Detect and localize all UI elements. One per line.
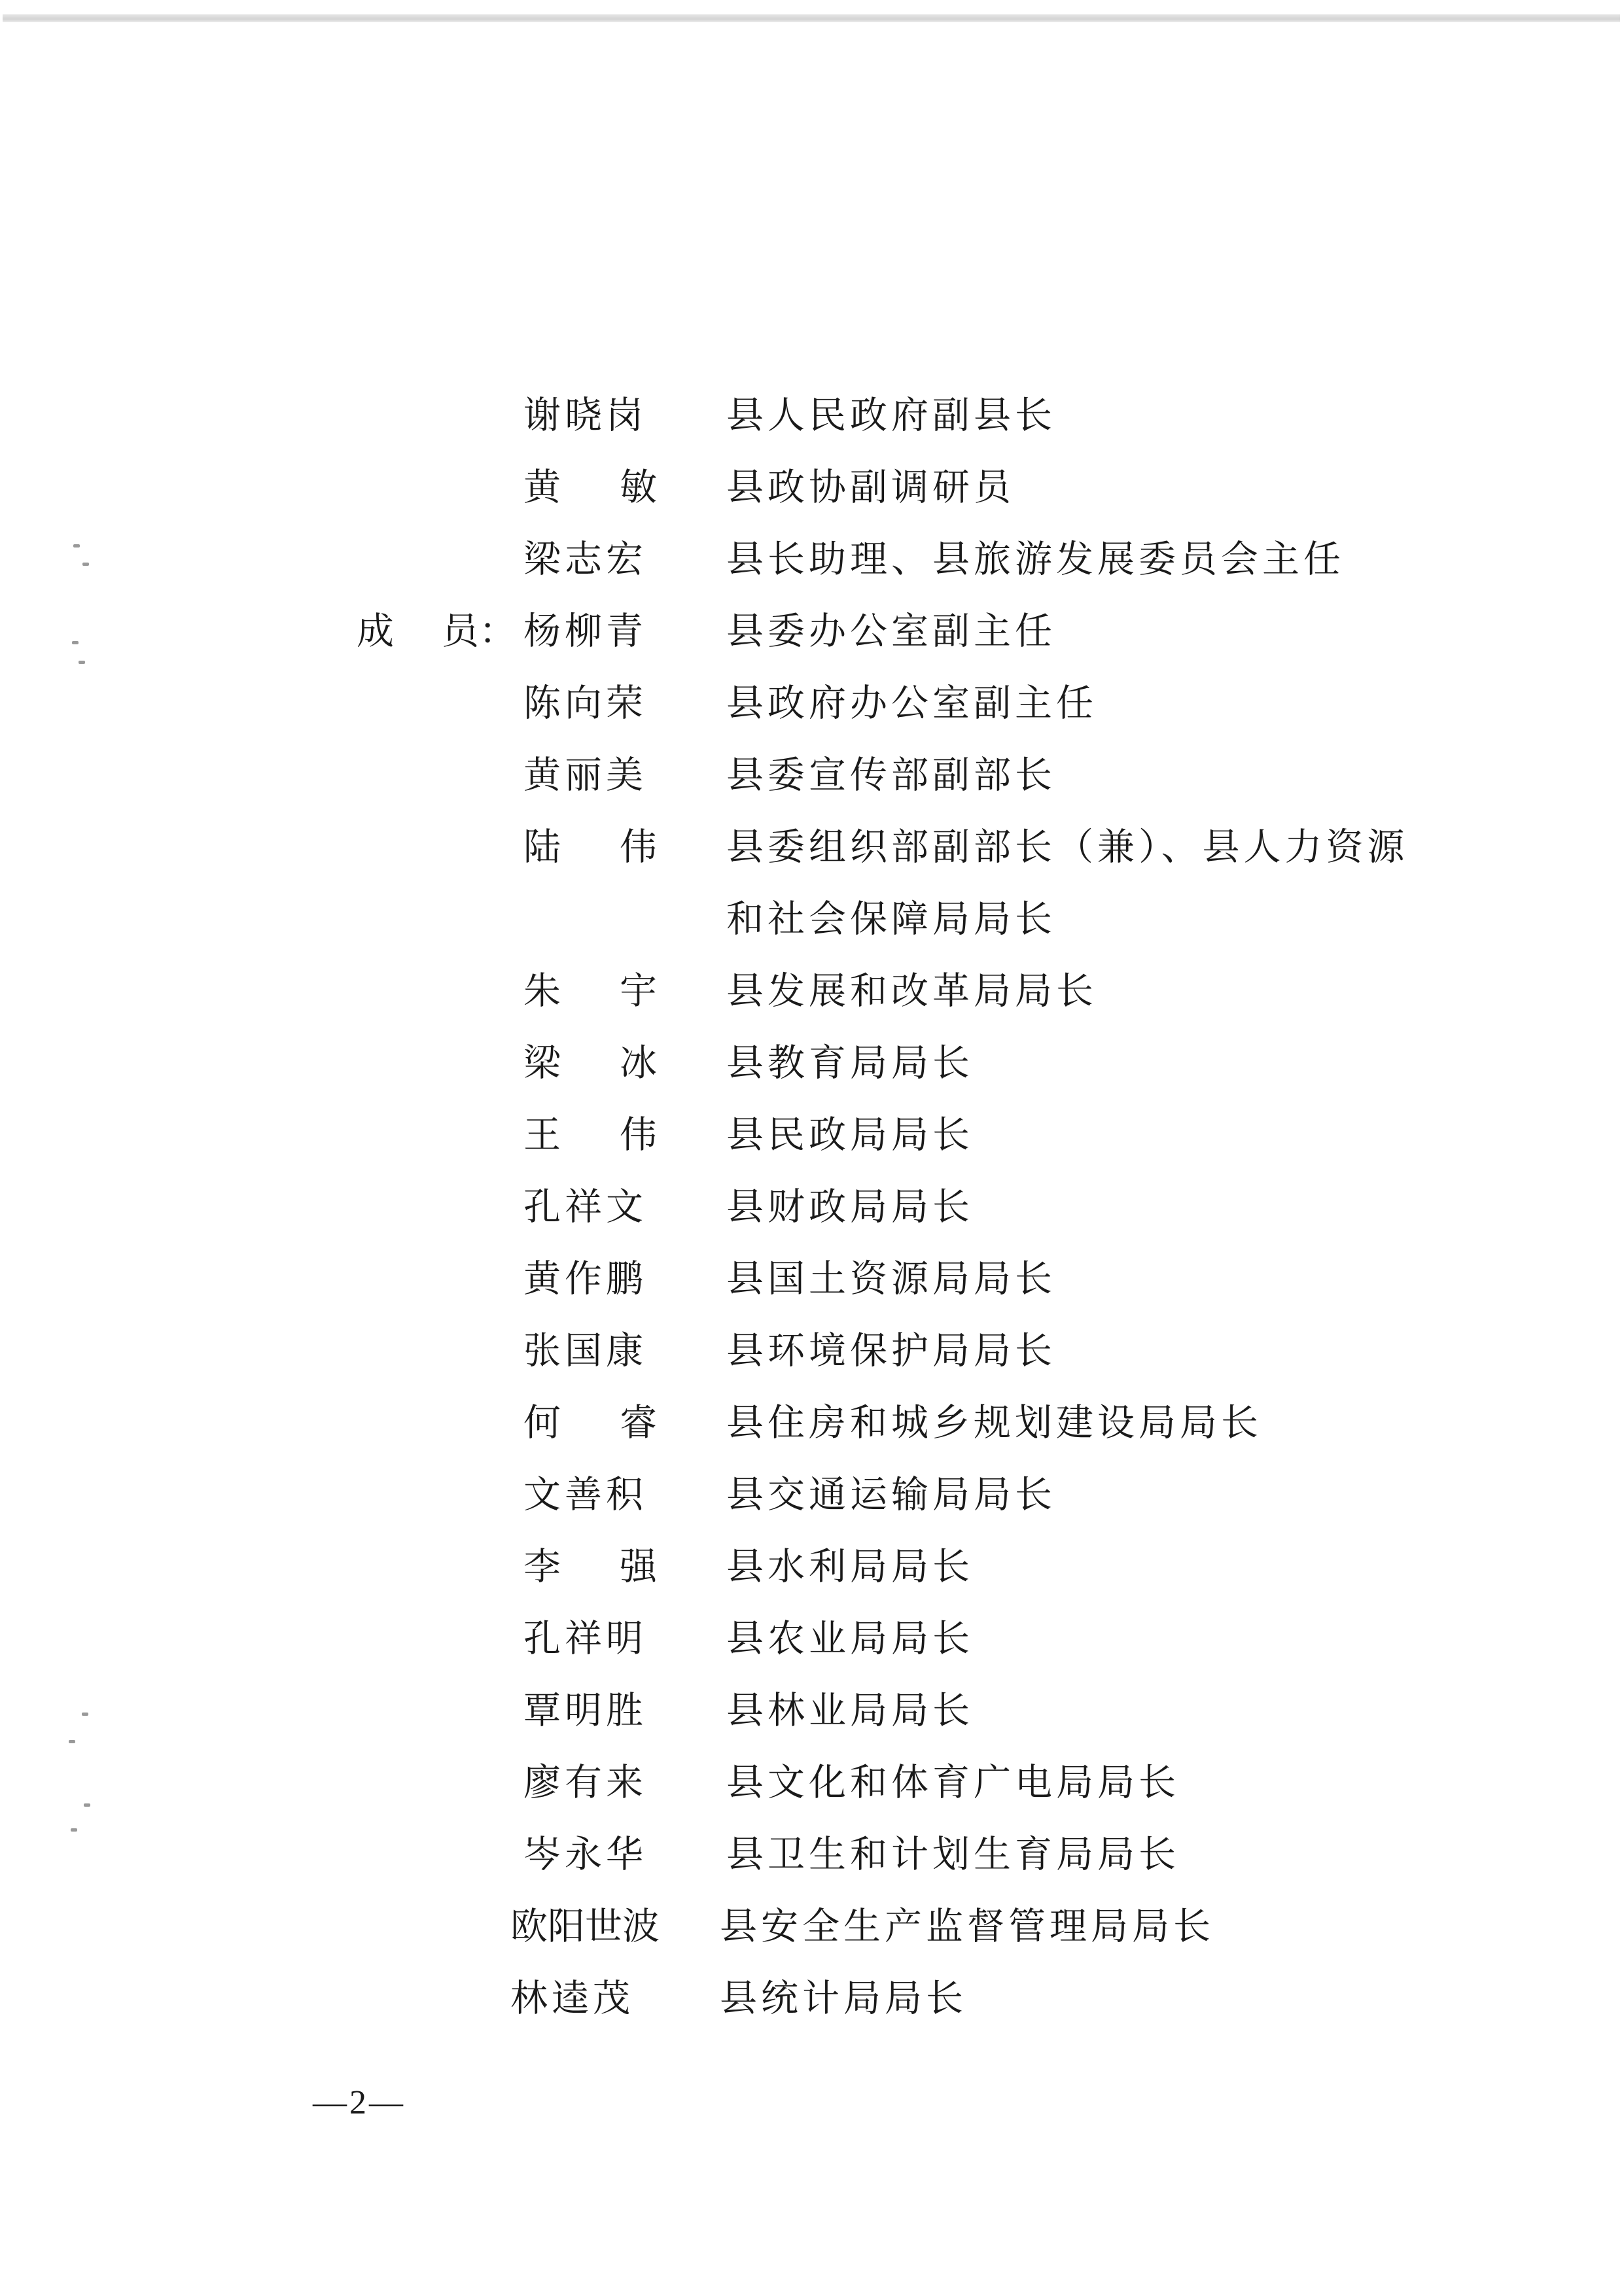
page-number: —2— (313, 2083, 406, 2123)
member-name: 孔祥明 (523, 1612, 647, 1665)
member-title: 县人民政府副县长 (726, 389, 1056, 442)
member-name: 陈向荣 (523, 677, 647, 729)
member-title: 县水利局局长 (726, 1540, 974, 1593)
member-title: 县财政局局长 (726, 1181, 974, 1233)
roster-row: 成 员： 杨柳青 县委办公室副主任 (0, 605, 1624, 657)
roster-row: 梁冰 县教育局局长 (0, 1037, 1624, 1089)
margin-mark (79, 661, 85, 664)
member-name: 杨柳青 (523, 605, 647, 657)
member-name: 廖有来 (523, 1756, 647, 1809)
member-name: 黄敏 (523, 461, 716, 513)
member-name: 王伟 (523, 1109, 716, 1161)
roster-row: 张国康 县环境保护局局长 (0, 1325, 1624, 1377)
member-name: 陆伟 (523, 821, 716, 873)
member-name: 朱宇 (523, 965, 716, 1017)
members-label-char: 员： (442, 605, 516, 657)
member-name: 文善积 (523, 1469, 647, 1521)
member-title: 县委办公室副主任 (726, 605, 1056, 657)
member-title: 县发展和改革局局长 (726, 965, 1097, 1017)
member-title: 县安全生产监督管理局局长 (720, 1900, 1214, 1953)
roster-row: 谢晓岗 县人民政府副县长 (0, 389, 1624, 442)
member-title: 县委组织部副部长（兼）、县人力资源 (726, 821, 1409, 873)
roster-row: 廖有来 县文化和体育广电局局长 (0, 1756, 1624, 1809)
roster-row: 孔祥文 县财政局局长 (0, 1181, 1624, 1233)
member-title: 县政协副调研员 (726, 461, 1015, 513)
member-title: 县住房和城乡规划建设局局长 (726, 1397, 1262, 1449)
roster-row-continuation: 和社会保障局局长 (0, 893, 1624, 945)
roster-row: 欧阳世波 县安全生产监督管理局局长 (0, 1900, 1624, 1953)
member-title: 县文化和体育广电局局长 (726, 1756, 1180, 1809)
roster-row: 黄丽美 县委宣传部副部长 (0, 749, 1624, 801)
member-title: 县教育局局长 (726, 1037, 974, 1089)
member-title: 县民政局局长 (726, 1109, 974, 1161)
roster-row: 文善积 县交通运输局局长 (0, 1469, 1624, 1521)
roster-row: 陈向荣 县政府办公室副主任 (0, 677, 1624, 729)
roster-row: 陆伟 县委组织部副部长（兼）、县人力资源 (0, 821, 1624, 873)
member-name: 李强 (523, 1540, 716, 1593)
scan-edge (3, 14, 1620, 22)
roster-row: 孔祥明 县农业局局长 (0, 1612, 1624, 1665)
member-title: 县卫生和计划生育局局长 (726, 1828, 1180, 1881)
member-name: 梁冰 (523, 1037, 716, 1089)
roster-row: 黄敏 县政协副调研员 (0, 461, 1624, 513)
roster-row: 李强 县水利局局长 (0, 1540, 1624, 1593)
member-name: 梁志宏 (523, 533, 647, 585)
member-title: 县交通运输局局长 (726, 1469, 1056, 1521)
member-name: 谢晓岗 (523, 389, 647, 442)
member-name: 黄作鹏 (523, 1253, 647, 1305)
member-title: 县国土资源局局长 (726, 1253, 1056, 1305)
roster-row: 何睿 县住房和城乡规划建设局局长 (0, 1397, 1624, 1449)
member-name: 何睿 (523, 1397, 716, 1449)
roster-row: 覃明胜 县林业局局长 (0, 1684, 1624, 1737)
member-name: 孔祥文 (523, 1181, 647, 1233)
roster-row: 林逵茂 县统计局局长 (0, 1972, 1624, 2025)
roster-row: 王伟 县民政局局长 (0, 1109, 1624, 1161)
member-title: 县长助理、县旅游发展委员会主任 (726, 533, 1345, 585)
member-name: 黄丽美 (523, 749, 647, 801)
member-title: 县林业局局长 (726, 1684, 974, 1737)
roster-row: 岑永华 县卫生和计划生育局局长 (0, 1828, 1624, 1881)
member-name: 覃明胜 (523, 1684, 647, 1737)
roster-row: 朱宇 县发展和改革局局长 (0, 965, 1624, 1017)
margin-mark (69, 1740, 75, 1743)
member-title: 县统计局局长 (720, 1972, 967, 2025)
roster-row: 黄作鹏 县国土资源局局长 (0, 1253, 1624, 1305)
member-title: 和社会保障局局长 (726, 893, 1056, 945)
member-name: 张国康 (523, 1325, 647, 1377)
member-title: 县农业局局长 (726, 1612, 974, 1665)
roster-row: 梁志宏 县长助理、县旅游发展委员会主任 (0, 533, 1624, 585)
members-label-char: 成 (357, 605, 394, 657)
member-name: 岑永华 (523, 1828, 647, 1881)
member-title: 县委宣传部副部长 (726, 749, 1056, 801)
member-title: 县环境保护局局长 (726, 1325, 1056, 1377)
member-title: 县政府办公室副主任 (726, 677, 1097, 729)
member-name: 林逵茂 (510, 1972, 634, 2025)
member-name: 欧阳世波 (510, 1900, 660, 1953)
